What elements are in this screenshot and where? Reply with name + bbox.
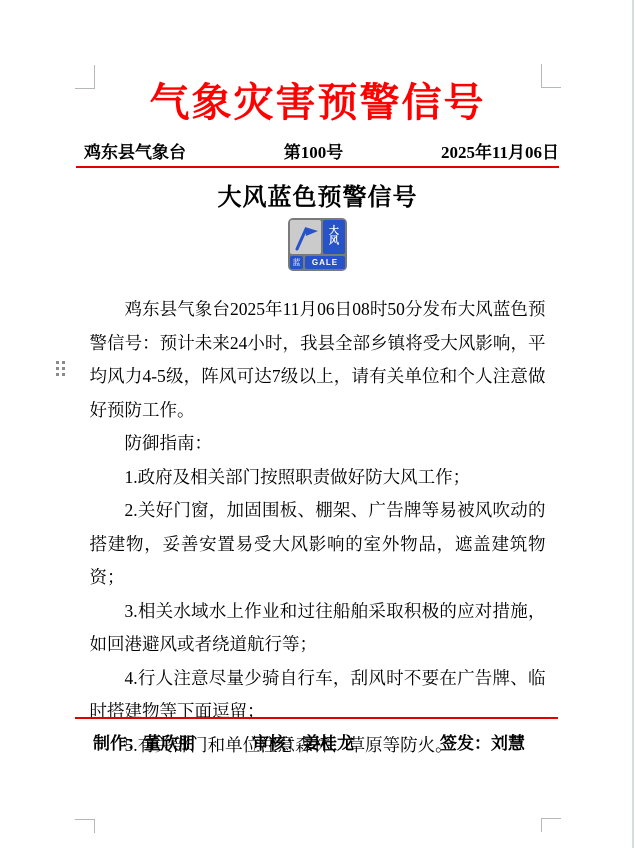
text-boundary-mark-bottom-left (75, 819, 95, 833)
footer-maker: 制作：董欣朋 (93, 729, 195, 754)
icon-char-feng: 风 (329, 237, 339, 247)
document-footer-row: 制作：董欣朋 审核：姜桂龙 签发：刘慧 (75, 729, 558, 751)
footer-issuer: 签发：刘慧 (440, 729, 525, 754)
page-right-edge (632, 0, 634, 848)
forecast-paragraph: 鸡东县气象台2025年11月06日08时50分发布大风蓝色预警信号：预计未来24… (90, 293, 546, 427)
gale-blue-warning-icon: 大 风 蓝 GALE (288, 218, 347, 271)
footer-divider-rule (75, 717, 558, 719)
drag-handle-icon[interactable] (56, 361, 66, 376)
header-divider-rule (76, 166, 559, 168)
icon-label-en: GALE (305, 256, 345, 269)
wind-vane-flag-icon (290, 220, 321, 254)
document-main-title: 气象灾害预警信号 (0, 78, 635, 128)
issue-date: 2025年11月06日 (441, 138, 559, 163)
warning-signal-title: 大风蓝色预警信号 (0, 177, 635, 212)
document-header-row: 鸡东县气象台 第100号 2025年11月06日 (76, 138, 559, 163)
guide-item: 3.相关水域水上作业和过往船舶采取积极的应对措施，如回港避风或者绕道航行等； (90, 595, 546, 662)
guide-item: 1.政府及相关部门按照职责做好防大风工作； (90, 461, 546, 495)
document-page: 气象灾害预警信号 鸡东县气象台 第100号 2025年11月06日 大风蓝色预警… (0, 0, 635, 848)
icon-level-badge: 蓝 (290, 256, 303, 269)
guide-title: 防御指南： (90, 427, 546, 461)
issuing-agency: 鸡东县气象台 (84, 138, 186, 163)
footer-reviewer: 审核：姜桂龙 (252, 729, 354, 754)
icon-label-cn: 大 风 (323, 220, 345, 254)
text-boundary-mark-top-left (75, 65, 95, 89)
text-boundary-mark-top-right (541, 64, 561, 88)
issue-number: 第100号 (284, 138, 344, 163)
document-body: 鸡东县气象台2025年11月06日08时50分发布大风蓝色预警信号：预计未来24… (90, 293, 546, 762)
text-boundary-mark-bottom-right (541, 818, 561, 832)
guide-item: 2.关好门窗，加固围板、棚架、广告牌等易被风吹动的搭建物，妥善安置易受大风影响的… (90, 494, 546, 595)
